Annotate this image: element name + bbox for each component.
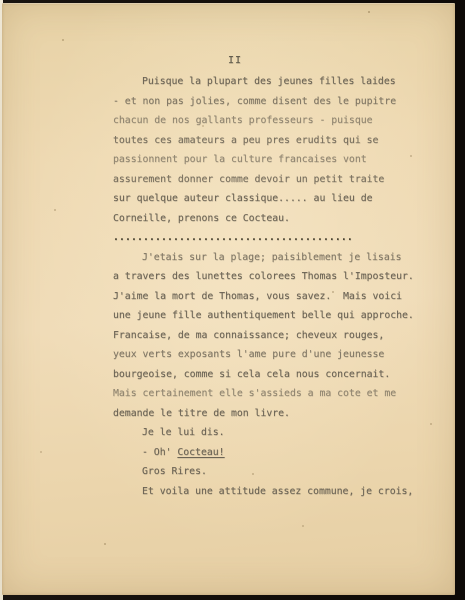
typescript-line: bourgeoise, comme si cela cela nous conc… bbox=[113, 365, 443, 385]
typescript-page: II Puisque la plupart des jeunes filles … bbox=[2, 3, 455, 595]
typescript-line: Francaise, de ma connaissance; cheveux r… bbox=[113, 326, 443, 346]
typescript-line: Puisque la plupart des jeunes filles lai… bbox=[113, 72, 443, 92]
typescript-line: J'aime la mort de Thomas, vous savez. Ma… bbox=[113, 287, 443, 307]
typescript-line: - Oh' Cocteau! bbox=[113, 443, 443, 463]
typescript-line: Corneille, prenons ce Cocteau. bbox=[113, 209, 443, 229]
typescript-line: toutes ces amateurs a peu pres erudits q… bbox=[113, 131, 443, 151]
typescript-line: une jeune fille authentiquement belle qu… bbox=[113, 306, 443, 326]
typescript-line: passionnent pour la culture francaises v… bbox=[113, 150, 443, 170]
typescript-body: Puisque la plupart des jeunes filles lai… bbox=[113, 72, 443, 501]
typescript-line: a travers des lunettes colorees Thomas l… bbox=[113, 267, 443, 287]
typescript-line: demande le titre de mon livre. bbox=[113, 404, 443, 424]
typescript-line: sur quelque auteur classique..... au lie… bbox=[113, 189, 443, 209]
typescript-line: yeux verts exposants l'ame pure d'une je… bbox=[113, 345, 443, 365]
paper-speckles bbox=[2, 3, 4, 5]
typescript-line: - et non pas jolies, comme disent des le… bbox=[113, 92, 443, 112]
typescript-line: assurement donner comme devoir un petit … bbox=[113, 170, 443, 190]
typescript-line: Et voila une attitude assez commune, je … bbox=[113, 482, 443, 502]
photograph-background: II Puisque la plupart des jeunes filles … bbox=[0, 0, 465, 600]
typescript-line: Mais certainement elle s'assieds a ma co… bbox=[113, 384, 443, 404]
typescript-line: Je le lui dis. bbox=[113, 423, 443, 443]
typescript-line: Gros Rires. bbox=[113, 462, 443, 482]
underlined-word: Cocteau! bbox=[177, 447, 224, 458]
paragraph-separator-dots: ........................................ bbox=[113, 228, 443, 248]
typescript-line: chacun de nos gallants professeurs - pui… bbox=[113, 111, 443, 131]
section-number: II bbox=[228, 55, 242, 66]
typescript-line: J'etais sur la plage; paisiblement je li… bbox=[113, 248, 443, 268]
